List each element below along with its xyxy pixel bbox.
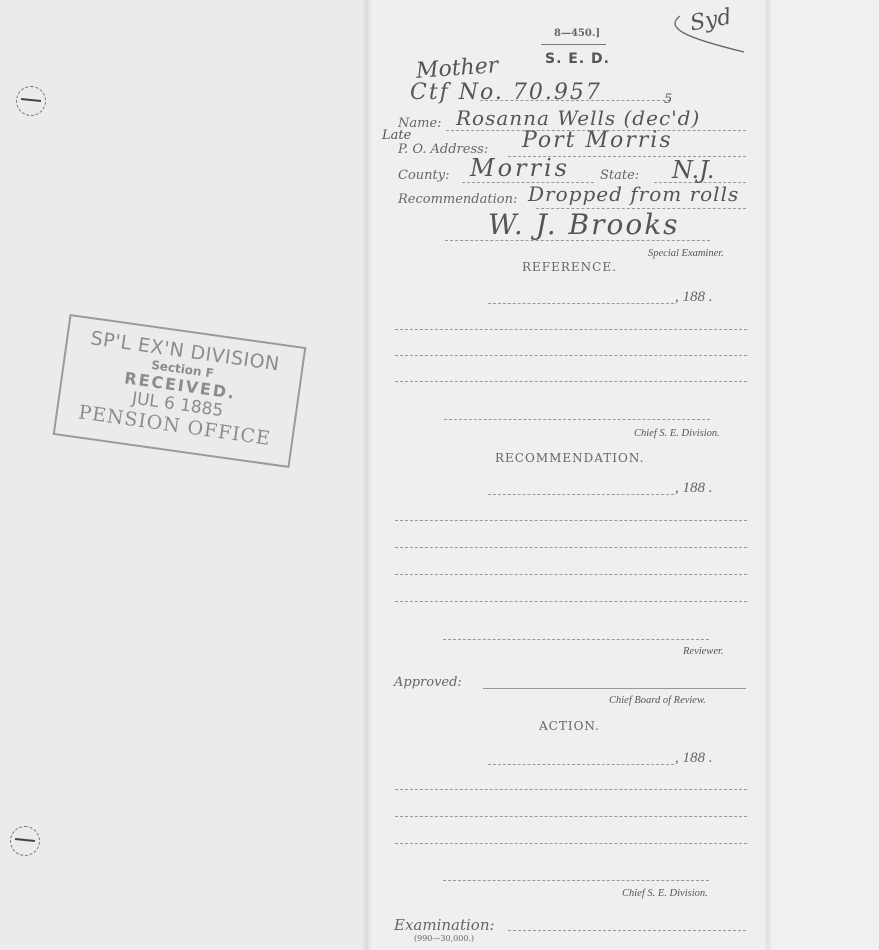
reference-date-suffix: , 188 . bbox=[675, 289, 713, 306]
action-line-1 bbox=[395, 789, 747, 790]
folder-left-panel bbox=[0, 0, 368, 950]
print-run-note: (990—30,000.) bbox=[414, 934, 474, 943]
action-signature-line bbox=[443, 880, 709, 881]
form-title: S. E. D. bbox=[545, 51, 610, 67]
action-date-suffix: , 188 . bbox=[675, 750, 713, 767]
recommendation-line-1 bbox=[395, 520, 747, 521]
examination-line bbox=[508, 930, 746, 931]
reviewer-signature-line bbox=[443, 639, 709, 640]
recommendation-field-value[interactable]: Dropped from rolls bbox=[528, 182, 739, 206]
county-label: County: bbox=[398, 168, 449, 183]
fold-crease-left bbox=[362, 0, 372, 950]
punch-hole-bottom-icon bbox=[10, 826, 40, 856]
fold-crease-right bbox=[764, 0, 772, 950]
recommendation-label: Recommendation: bbox=[398, 192, 517, 207]
recommendation-date-suffix: , 188 . bbox=[675, 480, 713, 497]
reference-heading: REFERENCE. bbox=[522, 260, 617, 274]
recommendation-line-2 bbox=[395, 547, 747, 548]
action-signatory: Chief S. E. Division. bbox=[622, 888, 708, 899]
action-line-2 bbox=[395, 816, 747, 817]
action-line-3 bbox=[395, 843, 747, 844]
examiner-signature: W. J. Brooks bbox=[488, 208, 680, 241]
approved-signature-line bbox=[483, 688, 746, 689]
approved-signatory: Chief Board of Review. bbox=[609, 695, 706, 706]
recommendation-date-line bbox=[488, 494, 674, 495]
reference-line-1 bbox=[395, 329, 747, 330]
form-number: 8—450.] bbox=[554, 28, 600, 39]
handwritten-cert-number: Ctf No. 70.957 bbox=[410, 80, 602, 105]
reference-signatory: Chief S. E. Division. bbox=[634, 428, 720, 439]
reference-date-line bbox=[488, 303, 674, 304]
action-heading: ACTION. bbox=[539, 719, 600, 733]
approved-label: Approved: bbox=[394, 675, 462, 690]
initials-flourish-icon bbox=[668, 10, 748, 55]
po-address-field-value[interactable]: Port Morris bbox=[522, 128, 673, 153]
county-field-value[interactable]: Morris bbox=[470, 154, 570, 182]
reference-line-2 bbox=[395, 355, 747, 356]
special-examiner-caption: Special Examiner. bbox=[648, 248, 724, 259]
folder-right-panel bbox=[768, 0, 879, 950]
handwritten-late-note: Late bbox=[382, 128, 411, 143]
state-field-value[interactable]: N.J. bbox=[672, 156, 714, 184]
examination-label: Examination: bbox=[394, 916, 495, 934]
action-date-line bbox=[488, 764, 674, 765]
recommendation-line-3 bbox=[395, 574, 747, 575]
reference-line-3 bbox=[395, 381, 747, 382]
cert-number-line bbox=[480, 100, 670, 101]
header-rule bbox=[541, 44, 606, 45]
state-label: State: bbox=[600, 168, 639, 183]
reviewer-signatory: Reviewer. bbox=[683, 646, 724, 657]
reference-signature-line bbox=[444, 419, 710, 420]
handwritten-cert-suffix: 5 bbox=[664, 92, 672, 107]
recommendation-line-4 bbox=[395, 601, 747, 602]
name-field-value[interactable]: Rosanna Wells (dec'd) bbox=[456, 106, 700, 130]
punch-hole-top-icon bbox=[16, 86, 46, 116]
recommendation-heading: RECOMMENDATION. bbox=[495, 451, 644, 465]
